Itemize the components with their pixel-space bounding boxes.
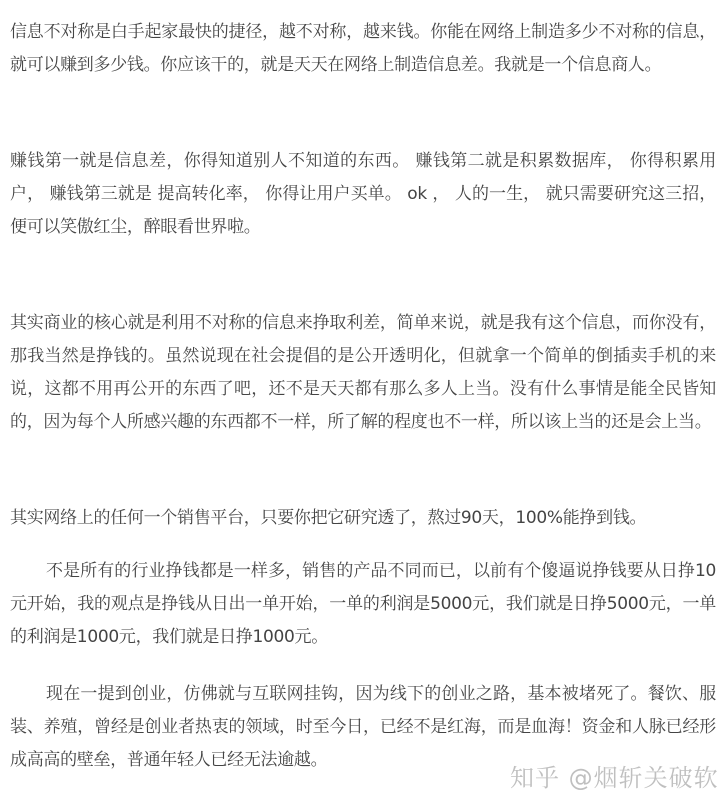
paragraph-three-steps: 赚钱第一就是信息差，你得知道别人不知道的东西。 赚钱第二就是积累数据库， 你得积… [10, 145, 716, 244]
paragraph-information-asymmetry: 信息不对称是白手起家最快的捷径，越不对称，越来钱。你能在网络上制造多少不对称的信… [10, 16, 716, 82]
zhihu-watermark: 知乎 @烟斩关破软岛 [510, 758, 720, 793]
paragraph-sales-platform: 其实网络上的任何一个销售平台，只要你把它研究透了，熬过90天，100%能挣到钱。 [10, 502, 716, 535]
paragraph-business-core: 其实商业的核心就是利用不对称的信息来挣取利差，简单来说，就是我有这个信息，而你没… [10, 307, 716, 439]
paragraph-daily-earnings: 不是所有的行业挣钱都是一样多，销售的产品不同而已，以前有个傻逼说挣钱要从日挣10… [10, 555, 716, 654]
article-body: 信息不对称是白手起家最快的捷径，越不对称，越来钱。你能在网络上制造多少不对称的信… [10, 16, 716, 777]
